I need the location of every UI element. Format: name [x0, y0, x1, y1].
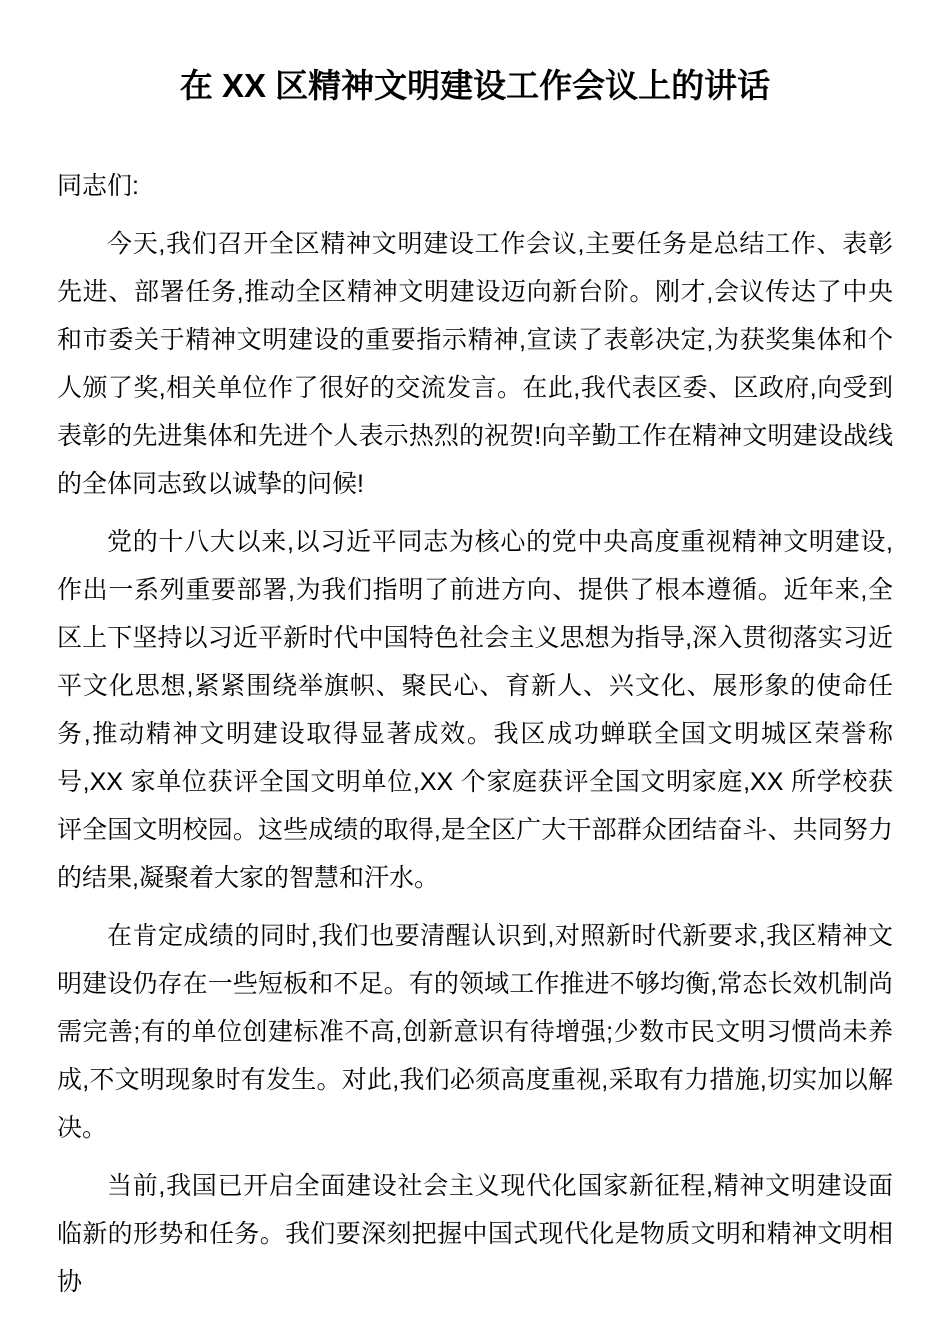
- paragraph-current-situation: 当前,我国已开启全面建设社会主义现代化国家新征程,精神文明建设面临新的形势和任务…: [57, 1162, 893, 1306]
- document-page: 在 XX 区精神文明建设工作会议上的讲话 同志们: 今天,我们召开全区精神文明建…: [0, 0, 950, 1344]
- paragraph-achievements: 党的十八大以来,以习近平同志为核心的党中央高度重视精神文明建设,作出一系列重要部…: [57, 518, 893, 902]
- paragraph-shortcomings: 在肯定成绩的同时,我们也要清醒认识到,对照新时代新要求,我区精神文明建设仍存在一…: [57, 912, 893, 1152]
- salutation-line: 同志们:: [57, 162, 893, 210]
- document-title: 在 XX 区精神文明建设工作会议上的讲话: [57, 64, 893, 108]
- paragraph-opening: 今天,我们召开全区精神文明建设工作会议,主要任务是总结工作、表彰先进、部署任务,…: [57, 220, 893, 508]
